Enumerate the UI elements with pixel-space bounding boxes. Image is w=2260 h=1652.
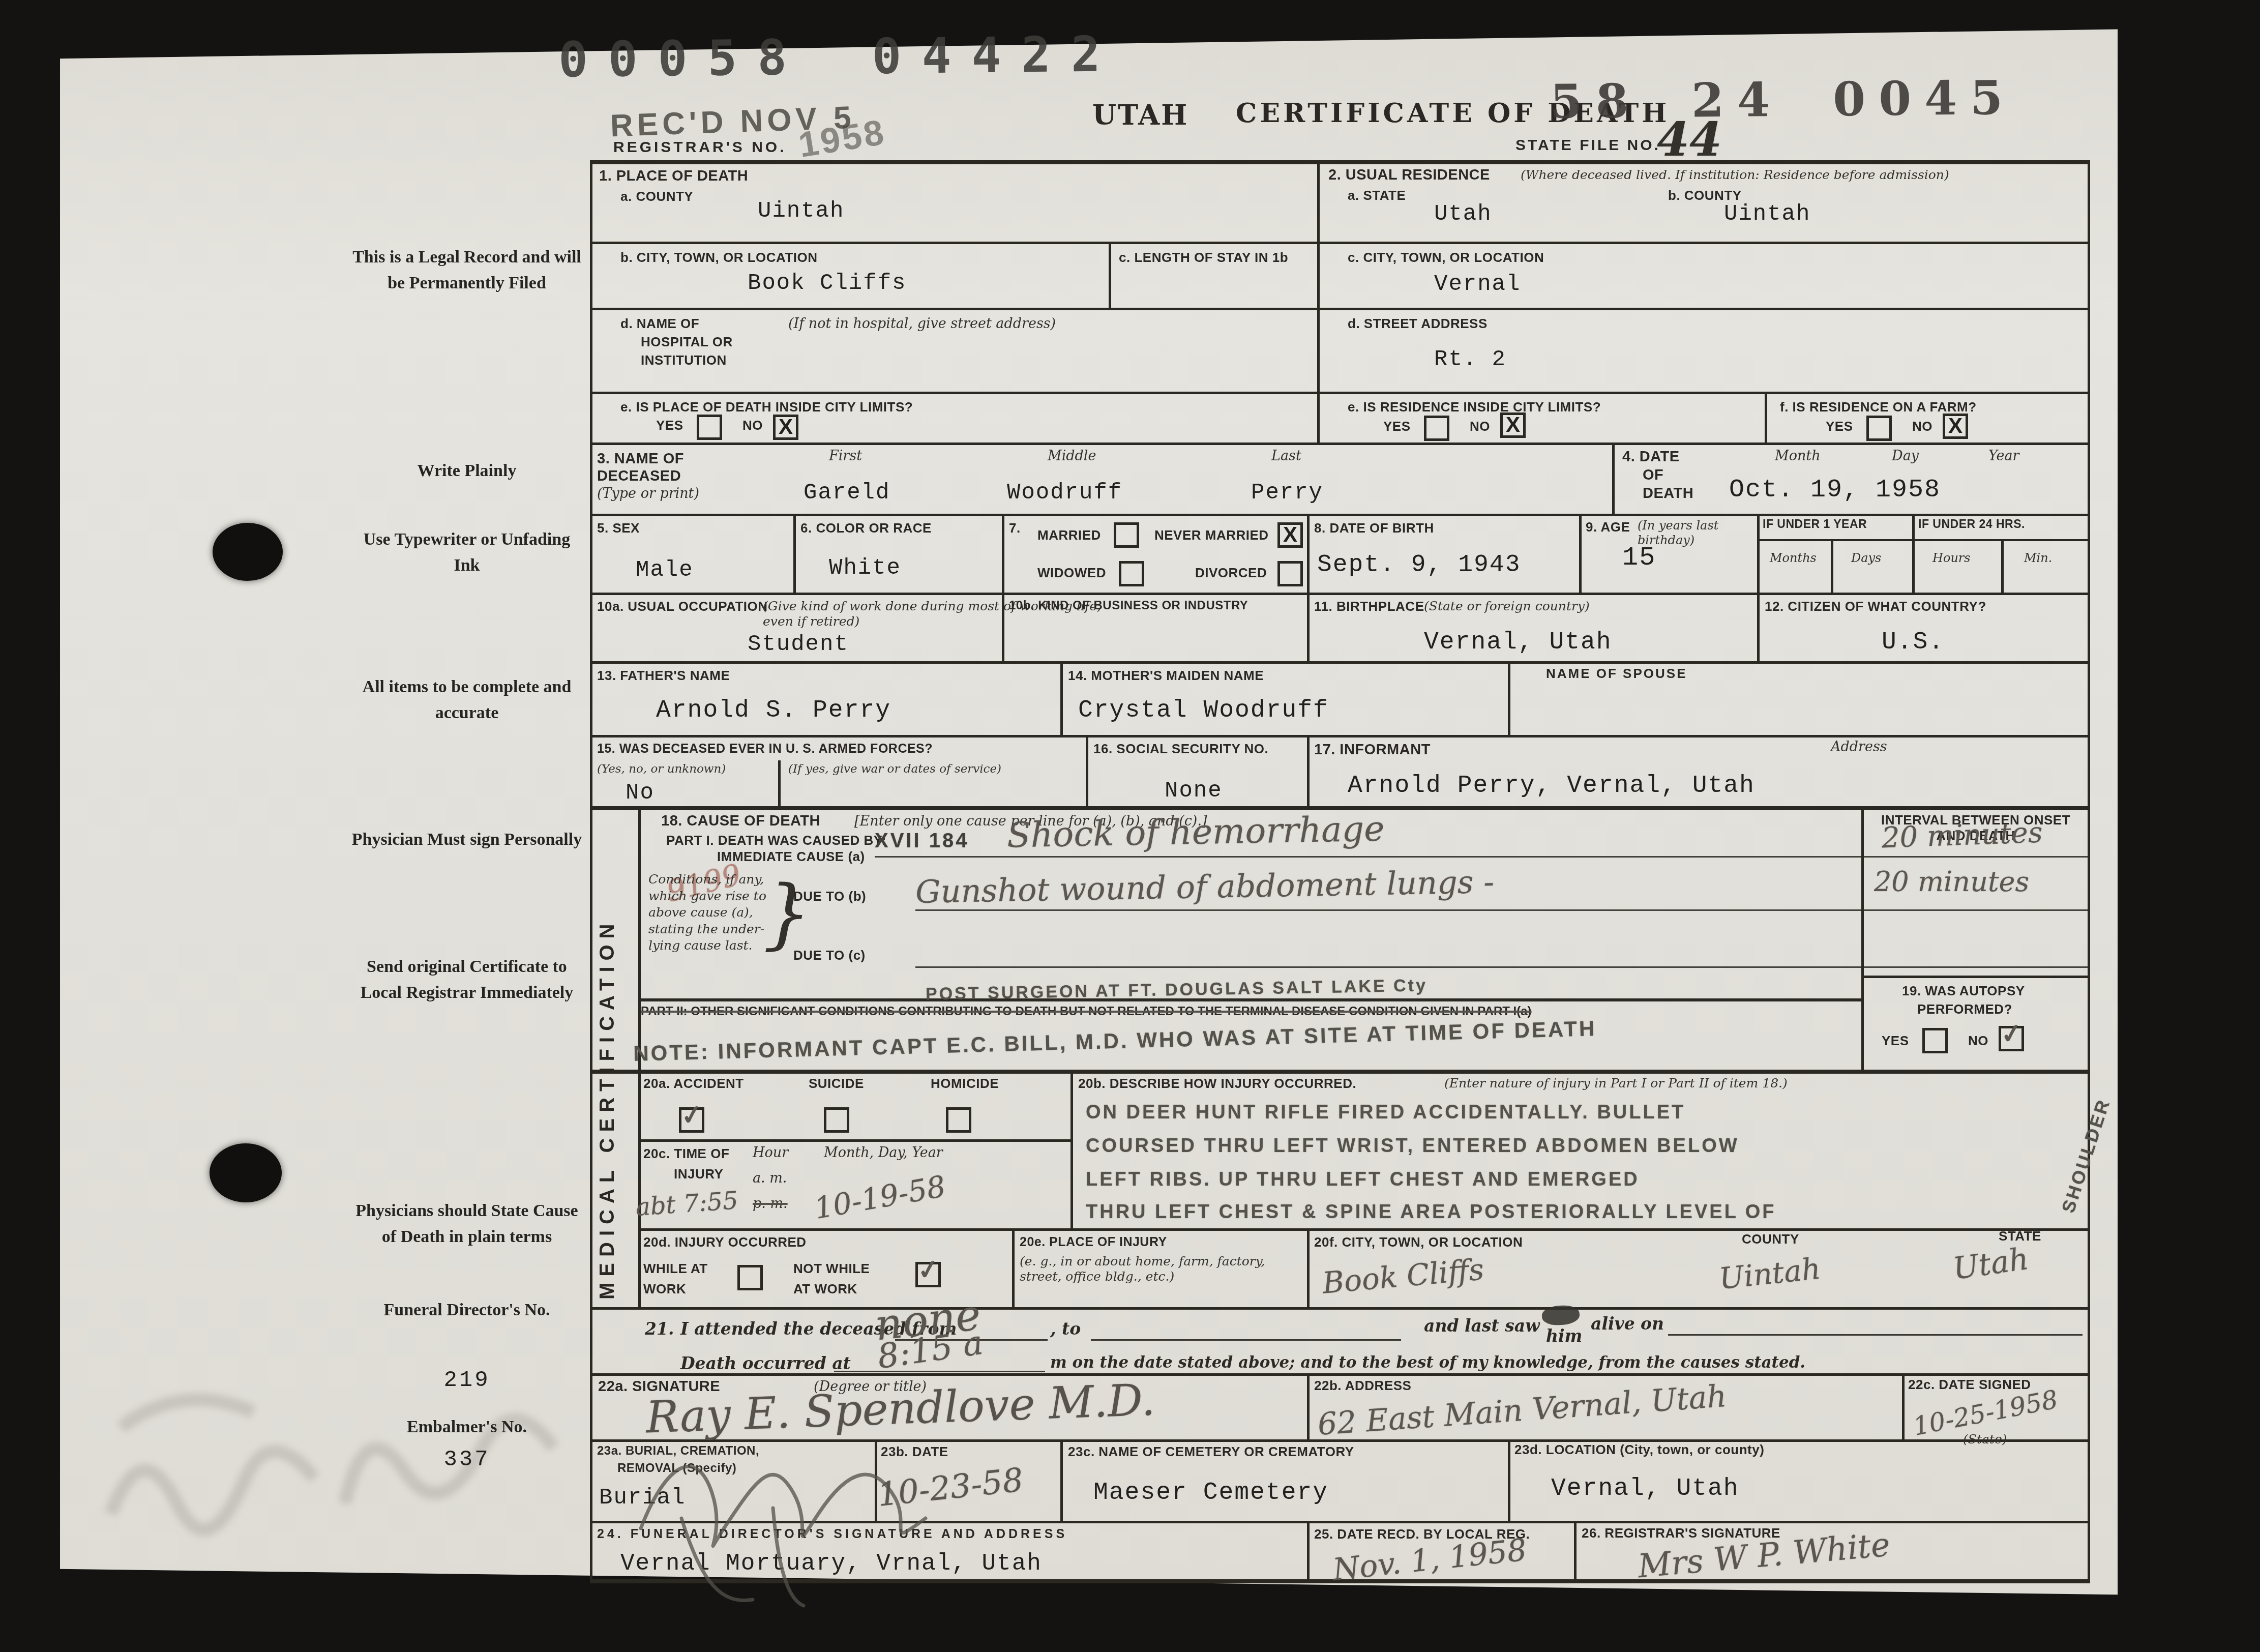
medical-certification-label: MEDICAL CERTIFICATION — [596, 821, 619, 1300]
cause-a-handwriting: Shock of hemorrhage — [1006, 812, 1385, 853]
residence-limits-label: e. IS RESIDENCE INSIDE CITY LIMITS? — [1348, 399, 1601, 415]
hospital-label-2: HOSPITAL OR — [641, 334, 733, 350]
divorced-checkbox — [1277, 561, 1303, 586]
not-while-label-1: NOT WHILE — [793, 1261, 870, 1277]
autopsy-label-1: 19. WAS AUTOPSY — [1902, 983, 2025, 999]
immediate-cause-label: IMMEDIATE CAUSE (a) — [717, 849, 865, 865]
homicide-label: HOMICIDE — [931, 1076, 999, 1091]
armed-forces-hint2: (If yes, give war or dates of service) — [788, 762, 1001, 777]
title-state: UTAH — [1092, 99, 1188, 131]
street-address-value: Rt. 2 — [1434, 348, 1506, 371]
autopsy-label-2: PERFORMED? — [1917, 1001, 2012, 1017]
mother-name-label: 14. MOTHER'S MAIDEN NAME — [1068, 668, 1264, 684]
injury-description-line1: ON DEER HUNT RIFLE FIRED ACCIDENTALLY. B… — [1086, 1098, 1685, 1127]
place-city-value: Book Cliffs — [748, 272, 906, 294]
margin-note-legal-record: This is a Legal Record and will be Perma… — [350, 244, 584, 296]
place-limits-yes-checkbox — [697, 415, 722, 440]
industry-label: 10b. KIND OF BUSINESS OR INDUSTRY — [1009, 599, 1248, 613]
place-limits-no-label: NO — [742, 418, 763, 433]
divorced-label: DIVORCED — [1195, 565, 1267, 581]
serial-number-stamp: 00058 04422 — [558, 25, 1121, 88]
accident-checkbox: ✓ — [679, 1107, 704, 1133]
margin-note-write-plainly: Write Plainly — [350, 458, 584, 484]
street-address-label: d. STREET ADDRESS — [1348, 316, 1488, 332]
due-to-c-label: DUE TO (c) — [793, 948, 866, 963]
under-1-year-label: IF UNDER 1 YEAR — [1763, 517, 1867, 532]
farm-no-label: NO — [1912, 419, 1932, 434]
injury-description-line2: COURSED THRU LEFT WRIST, ENTERED ABDOMEN… — [1086, 1132, 1739, 1161]
cause-b-handwriting: Gunshot wound of abdoment lungs - — [915, 866, 1495, 908]
middle-name-label: Middle — [1048, 448, 1096, 464]
conditions-text: Conditions, if any, which gave rise to a… — [648, 871, 776, 954]
injury-city-handwriting: Book Cliffs — [1321, 1254, 1485, 1298]
residence-limits-no-checkbox: X — [1500, 412, 1526, 438]
not-while-checkbox: ✓ — [915, 1262, 941, 1287]
hospital-label-1: d. NAME OF — [620, 316, 699, 332]
name-title-2: DECEASED — [597, 467, 681, 485]
cemetery-value: Maeser Cemetery — [1093, 1481, 1328, 1505]
accident-label: 20a. ACCIDENT — [643, 1076, 744, 1091]
death-date-title-2: OF — [1643, 466, 1663, 484]
citizen-label: 12. CITIZEN OF WHAT COUNTRY? — [1765, 599, 1986, 614]
ssn-label: 16. SOCIAL SECURITY NO. — [1093, 741, 1268, 757]
birthplace-label: 11. BIRTHPLACE — [1314, 599, 1424, 614]
hour-label: Hour — [753, 1145, 788, 1161]
cause-code-handwriting: XVII 184 — [875, 825, 969, 856]
burial-location-label: 23d. LOCATION (City, town, or county) — [1514, 1442, 1764, 1458]
physician-address-label: 22b. ADDRESS — [1314, 1378, 1411, 1394]
injury-county-handwriting: Uintah — [1718, 1254, 1822, 1294]
birth-date-label: 8. DATE OF BIRTH — [1314, 520, 1434, 536]
ssn-value: None — [1165, 780, 1223, 802]
margin-note-physician-sign: Physician Must sign Personally — [350, 827, 584, 852]
birthplace-value: Vernal, Utah — [1424, 630, 1612, 655]
occupation-label: 10a. USUAL OCCUPATION — [597, 599, 768, 614]
residence-title-hint: (Where deceased lived. If institution: R… — [1521, 167, 1949, 183]
race-label: 6. COLOR OR RACE — [800, 520, 932, 536]
father-name-label: 13. FATHER'S NAME — [597, 668, 730, 684]
time-of-injury-label-1: 20c. TIME OF — [643, 1146, 729, 1162]
state-hint: (State) — [1963, 1432, 2007, 1447]
place-limits-no-checkbox: X — [773, 415, 798, 440]
certificate-form: 1. PLACE OF DEATH a. COUNTY Uintah b. CI… — [590, 160, 2090, 1582]
hospital-hint: (If not in hospital, give street address… — [788, 316, 1056, 332]
while-at-work-checkbox — [737, 1265, 763, 1290]
file-number-stamp: 58 24 0045 — [1550, 70, 2016, 129]
part1-label: PART I. DEATH WAS CAUSED BY: — [666, 833, 886, 848]
embalmer-no-label: Embalmer's No. — [350, 1414, 584, 1440]
funeral-director-no-value: 219 — [350, 1369, 584, 1392]
due-to-b-label: DUE TO (b) — [793, 889, 866, 904]
armed-forces-hint1: (Yes, no, or unknown) — [597, 762, 726, 777]
informant-label: 17. INFORMANT — [1314, 741, 1431, 759]
residence-limits-yes-label: YES — [1383, 419, 1411, 434]
name-hint: (Type or print) — [597, 486, 699, 502]
place-city-limits-label: e. IS PLACE OF DEATH INSIDE CITY LIMITS? — [620, 399, 913, 415]
last-name-value: Perry — [1251, 482, 1323, 504]
residence-city-value: Vernal — [1434, 273, 1521, 296]
armed-forces-value: No — [626, 782, 655, 804]
married-checkbox — [1114, 522, 1139, 548]
death-date-value: Oct. 19, 1958 — [1729, 478, 1941, 503]
place-limits-yes-label: YES — [656, 418, 683, 433]
hospital-label-3: INSTITUTION — [641, 352, 727, 368]
am-label: a. m. — [753, 1170, 787, 1187]
date-signed-label: 22c. DATE SIGNED — [1908, 1377, 2031, 1393]
first-name-value: Gareld — [804, 482, 890, 504]
widowed-checkbox — [1119, 561, 1144, 586]
describe-injury-label: 20b. DESCRIBE HOW INJURY OCCURRED. — [1078, 1076, 1356, 1091]
months-label: Months — [1770, 551, 1817, 566]
injury-date-handwriting: 10-19-58 — [812, 1171, 948, 1223]
injury-state-handwriting: Utah — [1951, 1244, 2031, 1284]
days-label: Days — [1851, 551, 1881, 566]
pm-label: p. m. — [753, 1196, 788, 1212]
burial-location-value: Vernal, Utah — [1551, 1477, 1739, 1501]
death-occurred-text: Death occurred at — [680, 1353, 851, 1374]
death-date-title-1: 4. DATE — [1622, 448, 1680, 466]
place-city-label: b. CITY, TOWN, OR LOCATION — [620, 250, 818, 265]
alive-on-text: alive on — [1591, 1314, 1664, 1334]
farm-yes-checkbox — [1866, 416, 1892, 441]
residence-state-value: Utah — [1434, 203, 1492, 225]
scanned-document-canvas: This is a Legal Record and will be Perma… — [0, 0, 2260, 1652]
homicide-checkbox — [946, 1107, 971, 1133]
place-of-injury-hint: (e. g., in or about home, farm, factory,… — [1020, 1254, 1294, 1284]
farm-no-checkbox: X — [1943, 414, 1968, 439]
injury-description-vertical: SHOULDER — [2055, 1095, 2118, 1216]
attended-num: 21. — [645, 1319, 674, 1339]
injury-city-label: 20f. CITY, TOWN, OR LOCATION — [1314, 1234, 1523, 1250]
residence-state-label: a. STATE — [1348, 188, 1406, 203]
birth-date-value: Sept. 9, 1943 — [1317, 553, 1521, 577]
place-county-value: Uintah — [758, 200, 844, 222]
min-label: Min. — [2024, 551, 2052, 566]
attended-to-text: , to — [1050, 1319, 1081, 1339]
middle-name-value: Woodruff — [1007, 482, 1122, 504]
interval-b-handwriting: 20 minutes — [1874, 868, 2029, 896]
while-at-work-label-1: WHILE AT — [643, 1261, 708, 1277]
suicide-checkbox — [824, 1107, 849, 1133]
suicide-label: SUICIDE — [809, 1076, 864, 1091]
place-of-injury-label: 20e. PLACE OF INJURY — [1020, 1234, 1167, 1250]
occupation-value: Student — [748, 633, 849, 656]
last-saw-text: and last saw — [1424, 1316, 1540, 1336]
residence-title: 2. USUAL RESIDENCE — [1328, 166, 1490, 184]
conditions-brace: } — [763, 868, 811, 960]
autopsy-yes-checkbox — [1922, 1028, 1948, 1053]
injury-description-line3: LEFT RIBS. UP THRU LEFT CHEST AND EMERGE… — [1086, 1165, 1640, 1194]
birthplace-hint: (State or foreign country) — [1424, 599, 1590, 614]
residence-county-value: Uintah — [1724, 203, 1810, 225]
autopsy-no-label: NO — [1968, 1033, 1988, 1049]
death-month-label: Month — [1775, 448, 1821, 464]
place-of-death-title: 1. PLACE OF DEATH — [599, 167, 748, 185]
under-24-hrs-label: IF UNDER 24 HRS. — [1918, 517, 2025, 532]
residence-city-label: c. CITY, TOWN, OR LOCATION — [1348, 250, 1544, 265]
first-name-label: First — [829, 448, 862, 464]
never-married-label: NEVER MARRIED — [1154, 527, 1269, 543]
widowed-label: WIDOWED — [1037, 565, 1106, 581]
margin-note-typewriter: Use Typewriter or Unfading Ink — [350, 526, 584, 578]
mother-name-value: Crystal Woodruff — [1078, 698, 1329, 723]
punch-hole — [213, 523, 283, 581]
death-date-title-3: DEATH — [1643, 485, 1693, 503]
farm-yes-label: YES — [1826, 419, 1853, 434]
margin-note-send-original: Send original Certificate to Local Regis… — [350, 954, 584, 1006]
last-name-label: Last — [1271, 448, 1301, 464]
married-label: MARRIED — [1037, 527, 1101, 543]
funeral-director-no-label: Funeral Director's No. — [350, 1297, 584, 1323]
registrars-no-label: REGISTRAR'S NO. — [613, 138, 787, 157]
cause-of-death-label: 18. CAUSE OF DEATH — [661, 812, 820, 830]
citizen-value: U.S. — [1882, 630, 1944, 655]
death-day-label: Day — [1892, 448, 1919, 464]
funeral-director-signature-scribble — [620, 1417, 966, 1610]
injury-occurred-label: 20d. INJURY OCCURRED — [643, 1234, 807, 1250]
father-name-value: Arnold S. Perry — [656, 698, 891, 723]
injury-description-line4: THRU LEFT CHEST & SPINE AREA POSTERIORAL… — [1086, 1198, 1776, 1227]
injury-time-handwriting: abt 7:55 — [635, 1188, 739, 1220]
hours-label: Hours — [1932, 551, 1971, 566]
part2-overwrite-handwriting: POST SURGEON AT FT. DOUGLAS SALT LAKE Ct… — [926, 972, 1428, 1007]
month-day-year-label: Month, Day, Year — [824, 1145, 943, 1161]
death-year-label: Year — [1988, 448, 2019, 464]
embalmer-no-value: 337 — [350, 1449, 584, 1471]
age-label: 9. AGE — [1586, 519, 1630, 535]
length-of-stay-label: c. LENGTH OF STAY IN 1b — [1119, 250, 1288, 265]
him-text: him — [1546, 1326, 1582, 1346]
name-title-1: 3. NAME OF — [597, 450, 684, 468]
marital-num: 7. — [1009, 520, 1021, 536]
note-handwriting: NOTE: INFORMANT CAPT E.C. BILL, M.D. WHO… — [633, 1012, 1597, 1070]
cemetery-label: 23c. NAME OF CEMETERY OR CREMATORY — [1068, 1444, 1354, 1460]
age-value: 15 — [1622, 545, 1656, 571]
state-file-no-label: STATE FILE NO. — [1515, 136, 1660, 155]
interval-a-handwriting: 20 minutes — [1881, 818, 2043, 852]
informant-value: Arnold Perry, Vernal, Utah — [1348, 774, 1755, 798]
punch-hole — [210, 1143, 282, 1202]
autopsy-yes-label: YES — [1882, 1033, 1909, 1049]
margin-note-all-items: All items to be complete and accurate — [350, 674, 584, 726]
sex-value: Male — [636, 559, 694, 581]
describe-injury-hint: (Enter nature of injury in Part I or Par… — [1444, 1076, 1788, 1091]
spouse-name-label: NAME OF SPOUSE — [1546, 666, 1687, 682]
while-at-work-label-2: WORK — [643, 1281, 686, 1297]
never-married-checkbox: X — [1277, 522, 1303, 548]
sex-label: 5. SEX — [597, 520, 640, 536]
ink-bleed-through — [80, 1300, 609, 1585]
certificate-paper: This is a Legal Record and will be Perma… — [60, 18, 2118, 1597]
time-of-injury-label-2: INJURY — [674, 1166, 723, 1182]
residence-limits-no-label: NO — [1470, 419, 1490, 434]
injury-county-label: COUNTY — [1742, 1231, 1799, 1247]
not-while-label-2: AT WORK — [793, 1281, 857, 1297]
place-county-label: a. COUNTY — [620, 189, 693, 204]
death-occurred-rest: m on the date stated above; and to the b… — [1050, 1353, 1805, 1372]
residence-limits-yes-checkbox — [1424, 416, 1449, 441]
armed-forces-label: 15. WAS DECEASED EVER IN U. S. ARMED FOR… — [597, 741, 933, 756]
state-file-no-value: 44 — [1657, 116, 1722, 163]
informant-address-label: Address — [1831, 739, 1887, 755]
farm-label: f. IS RESIDENCE ON A FARM? — [1780, 399, 1977, 415]
race-value: White — [829, 557, 901, 579]
margin-note-plain-terms: Physicians should State Cause of Death i… — [350, 1198, 584, 1250]
autopsy-no-checkbox: ✓ — [1999, 1026, 2024, 1051]
